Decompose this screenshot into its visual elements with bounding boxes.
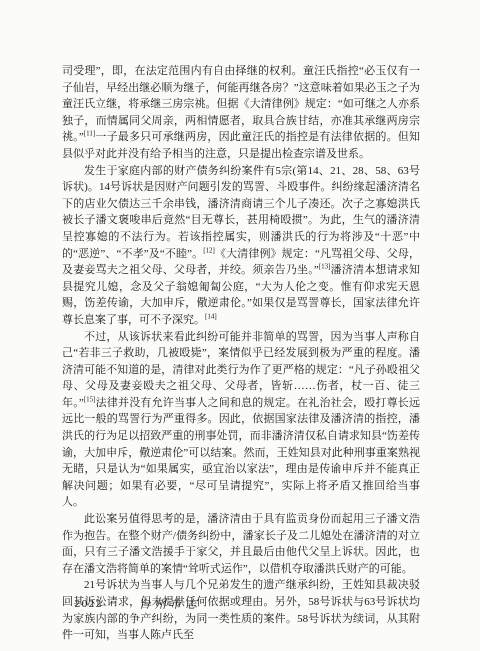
- paragraph-text: 发生于家庭内部的财产债务纠纷案件有5宗(第14、21、28、58、63号诉状)。…: [62, 165, 420, 260]
- paragraph: 司受理”，即，在法定范围内有自由择继的权利。童汪氏指控“必玉仅有一子仙岩，早经出…: [62, 63, 420, 163]
- paragraph: 发生于家庭内部的财产债务纠纷案件有5宗(第14、21、28、58、63号诉状)。…: [62, 163, 420, 329]
- paragraph-text: 此讼案另值得思考的是，潘济清由于具有监贡身份而起用三子潘文浩作为抱告。在整个财产…: [62, 513, 420, 575]
- footnote-marker: [12]: [203, 246, 215, 254]
- document-page: 司受理”，即，在法定范围内有自由择继的权利。童汪氏指控“必玉仅有一子仙岩，早经出…: [0, 0, 480, 651]
- footnote-marker: [13]: [319, 262, 331, 270]
- footer-dot-left: ·: [64, 598, 67, 610]
- footer-dot-right: ·: [110, 598, 113, 610]
- series-title: 台州市志: [139, 596, 201, 612]
- paragraph-text: 一子最多只可承继两房，因此童汪氏的指控是有法律依据的。但知县似乎对此并没有给予相…: [62, 131, 420, 160]
- page-number: 2022: [74, 599, 102, 610]
- paragraph: 此讼案另值得思考的是，潘济清由于具有监贡身份而起用三子潘文浩作为抱告。在整个财产…: [62, 511, 420, 577]
- footnote-marker: [14]: [205, 312, 217, 320]
- footnote-marker: [11]: [84, 130, 95, 138]
- paragraph: 不过，从该诉状来看此纠纷可能并非简单的骂詈，因为当事人声称自己“若非三子救助，几…: [62, 329, 420, 512]
- document-body: 司受理”，即，在法定范围内有自由择继的权利。童汪氏指控“必玉仅有一子仙岩，早经出…: [62, 63, 420, 644]
- paragraph-text: 法律并没有允许当事人之间和息的规定。在礼治社会，殴打尊长远远比一般的骂詈行为严重…: [62, 397, 420, 509]
- page-footer: · 2022 · 台州市志: [64, 596, 201, 612]
- footnote-marker: [15]: [84, 395, 96, 403]
